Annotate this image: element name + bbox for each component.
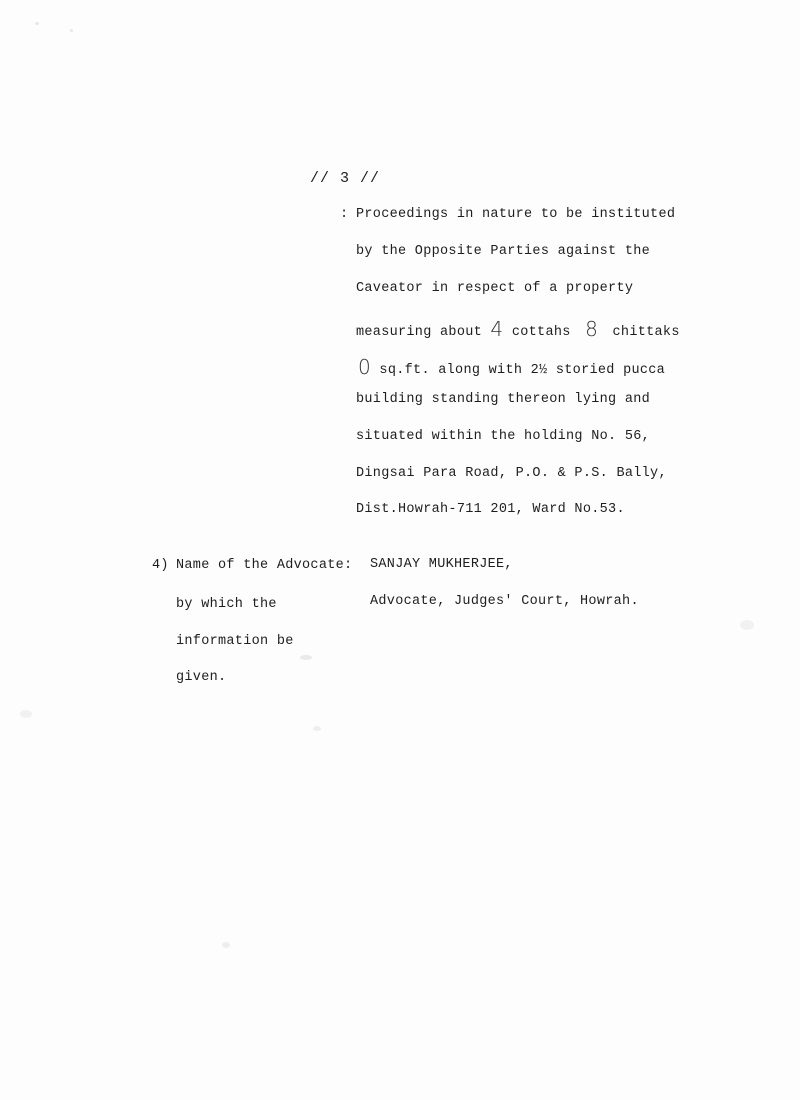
chittaks-value: 8 xyxy=(585,317,598,341)
cottahs-label: cottahs xyxy=(503,325,579,340)
sqft-value: 0 xyxy=(358,355,371,379)
item3-line-6: Dingsai Para Road, P.O. & P.S. Bally, xyxy=(356,466,667,481)
item4-label-4: given. xyxy=(176,670,226,685)
advocate-details: Advocate, Judges' Court, Howrah. xyxy=(370,594,639,609)
cottahs-value: 4 xyxy=(490,317,503,341)
paper-speck xyxy=(313,726,321,731)
item3-colon: : xyxy=(340,207,348,222)
item4-label-3: information be xyxy=(176,634,294,649)
item4-number: 4) xyxy=(152,558,169,573)
item3-measure-line: measuring about 4 cottahs 8 chittaks xyxy=(356,316,680,340)
item3-line-1: Proceedings in nature to be instituted xyxy=(356,207,675,222)
item3-line-4: building standing thereon lying and xyxy=(356,392,650,407)
paper-speck xyxy=(740,620,754,630)
chittaks-label: chittaks xyxy=(604,325,680,340)
item3-sqft-line: 0 sq.ft. along with 2½ storied pucca xyxy=(358,354,665,378)
item3-line-2: by the Opposite Parties against the xyxy=(356,244,650,259)
item3-line-3: Caveator in respect of a property xyxy=(356,281,633,296)
sqft-rest: sq.ft. along with 2½ storied pucca xyxy=(371,363,665,378)
paper-speck xyxy=(35,22,39,25)
paper-speck xyxy=(300,655,312,660)
item3-line-7: Dist.Howrah-711 201, Ward No.53. xyxy=(356,502,625,517)
item3-line-5: situated within the holding No. 56, xyxy=(356,429,650,444)
paper-speck xyxy=(222,942,230,948)
paper-speck xyxy=(70,29,73,32)
item4-label-1: Name of the Advocate: xyxy=(176,558,352,573)
item4-label-2: by which the xyxy=(176,597,277,612)
paper-speck xyxy=(20,710,32,718)
page-marker: // 3 // xyxy=(310,170,380,187)
advocate-name: SANJAY MUKHERJEE, xyxy=(370,557,513,572)
measure-prefix: measuring about xyxy=(356,325,490,340)
